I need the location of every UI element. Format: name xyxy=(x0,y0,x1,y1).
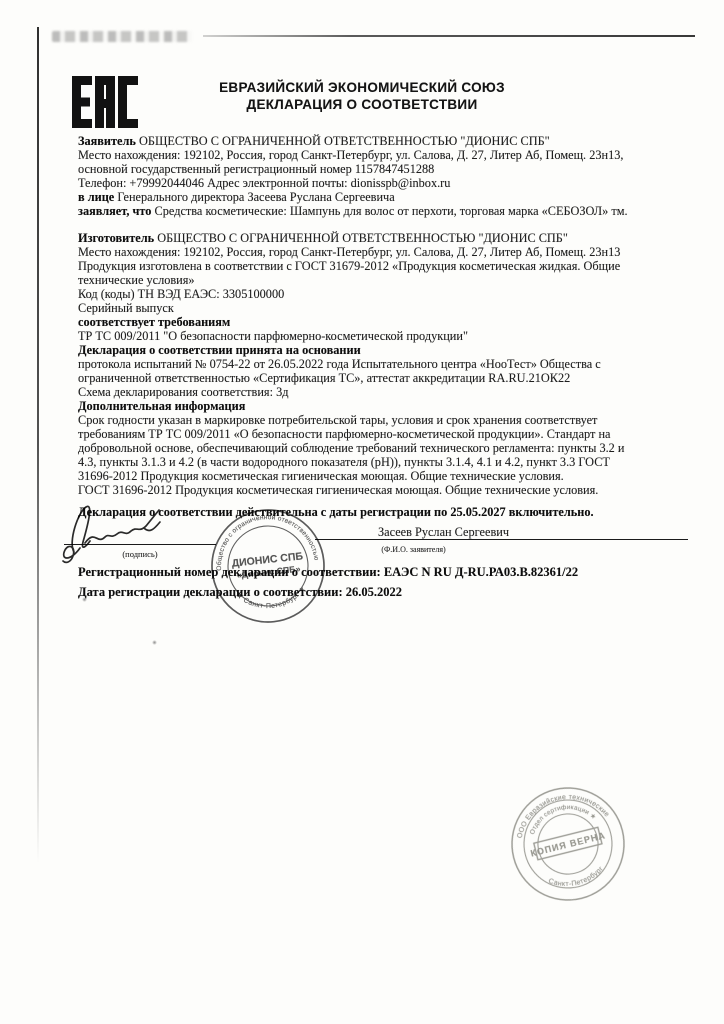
document-line: требованиям ТР ТС 009/2011 «О безопаснос… xyxy=(78,427,688,441)
document-line: в лице Генерального директора Засеева Ру… xyxy=(78,190,688,204)
ink-speck xyxy=(152,640,157,645)
document-line: соответствует требованиям xyxy=(78,315,688,329)
document-line: Телефон: +79992044046 Адрес электронной … xyxy=(78,176,688,190)
document-line: Срок годности указан в маркировке потреб… xyxy=(78,413,688,427)
eac-logo-icon xyxy=(72,76,138,128)
document-line: 31696-2012 Продукция косметическая гигие… xyxy=(78,469,688,483)
document-line: Продукция изготовлена в соответствии с Г… xyxy=(78,259,688,273)
registration-date-line: Дата регистрации декларации о соответств… xyxy=(78,585,688,599)
document-line: Изготовитель ОБЩЕСТВО С ОГРАНИЧЕННОЙ ОТВ… xyxy=(78,231,688,245)
document-line: ГОСТ 31696-2012 Продукция косметическая … xyxy=(78,483,688,497)
document-line: ТР ТС 009/2011 "О безопасности парфюмерн… xyxy=(78,329,688,343)
ink-speck xyxy=(82,597,87,602)
document-line: Серийный выпуск xyxy=(78,301,688,315)
copy-certified-stamp: ООО Евразийские технические Санкт-Петерб… xyxy=(495,771,640,916)
svg-text:Санкт-Петербург: Санкт-Петербург xyxy=(546,864,607,894)
declarant-name-line xyxy=(315,539,688,540)
document-line: Код (коды) ТН ВЭД ЕАЭС: 3305100000 xyxy=(78,287,688,301)
document-line: технические условия» xyxy=(78,273,688,287)
document-line: Место нахождения: 192102, Россия, город … xyxy=(78,148,688,162)
svg-text:★ Санкт-Петербург ★: ★ Санкт-Петербург ★ xyxy=(234,584,309,614)
registration-block: Регистрационный номер декларации о соотв… xyxy=(78,565,688,599)
scan-edge-line-horizontal xyxy=(203,35,695,37)
copy-stamp-arc-bottom: Санкт-Петербург xyxy=(546,864,607,894)
document-line: Схема декларирования соответствия: 3д xyxy=(78,385,688,399)
handwritten-signature xyxy=(56,498,211,568)
document-line: заявляет, что Средства косметические: Ша… xyxy=(78,204,688,218)
declarant-name-caption: (Ф.И.О. заявителя) xyxy=(315,543,688,557)
declaration-document: ЕВРАЗИЙСКИЙ ЭКОНОМИЧЕСКИЙ СОЮЗ ДЕКЛАРАЦИ… xyxy=(0,0,724,1024)
scan-smudge-text xyxy=(52,31,192,42)
document-line: Место нахождения: 192102, Россия, город … xyxy=(78,245,688,259)
document-line: основной государственный регистрационный… xyxy=(78,162,688,176)
stamp-arc-bottom: ★ Санкт-Петербург ★ xyxy=(234,584,309,614)
scan-edge-line-vertical xyxy=(37,27,39,863)
document-line: 4.3, пункты 3.1.3 и 4.2 (в части водород… xyxy=(78,455,688,469)
document-line: добровольной основе, обеспечивающий собл… xyxy=(78,441,688,455)
company-round-stamp: Общество с ограниченной ответственностью… xyxy=(202,500,334,632)
document-line: протокола испытаний № 0754-22 от 26.05.2… xyxy=(78,357,688,371)
document-line: Декларация о соответствии принята на осн… xyxy=(78,343,688,357)
body-lines: Заявитель ОБЩЕСТВО С ОГРАНИЧЕННОЙ ОТВЕТС… xyxy=(78,134,688,519)
declarant-name: Засеев Руслан Сергеевич xyxy=(315,525,688,539)
document-line: Дополнительная информация xyxy=(78,399,688,413)
document-line: ограниченной ответственностью «Сертифика… xyxy=(78,371,688,385)
document-line: Заявитель ОБЩЕСТВО С ОГРАНИЧЕННОЙ ОТВЕТС… xyxy=(78,134,688,148)
